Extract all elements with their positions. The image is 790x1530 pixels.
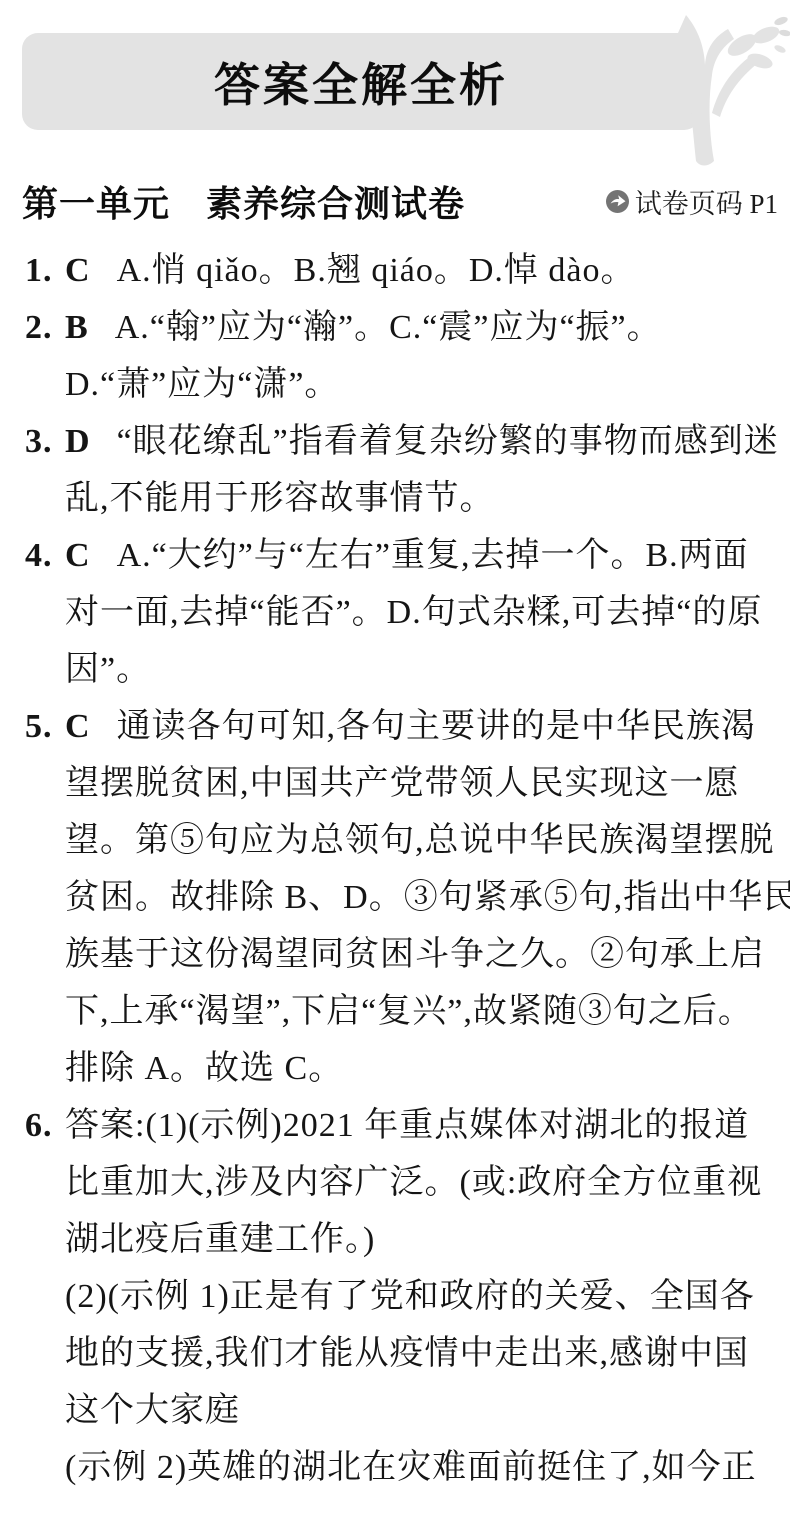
answer-line: 因”。 bbox=[25, 641, 773, 698]
page-title: 答案全解全析 bbox=[214, 49, 508, 115]
answer-item: 5.C通读各句可知,各句主要讲的是中华民族渴望摆脱贫困,中国共产党带领人民实现这… bbox=[25, 698, 773, 1097]
answer-line: 对一面,去掉“能否”。D.句式杂糅,可去掉“的原 bbox=[25, 584, 773, 641]
answer-line: 3.D“眼花缭乱”指看着复杂纷繁的事物而感到迷 bbox=[25, 413, 773, 470]
answer-text: 望。第⑤句应为总领句,总说中华民族渴望摆脱 bbox=[65, 822, 775, 859]
answer-line: 5.C通读各句可知,各句主要讲的是中华民族渴 bbox=[25, 698, 773, 755]
paper-title-label: 素养综合测试卷 bbox=[206, 183, 465, 224]
answer-line: 这个大家庭 bbox=[25, 1382, 773, 1439]
answer-text: 通读各句可知,各句主要讲的是中华民族渴 bbox=[117, 708, 757, 745]
answer-key-page: 答案全解全析 第一单元素养综合测试卷 试卷页码 P1 1.CA.悄 qiǎo。B… bbox=[0, 0, 790, 1530]
answer-line: 望。第⑤句应为总领句,总说中华民族渴望摆脱 bbox=[25, 812, 773, 869]
answer-text: 湖北疫后重建工作。) bbox=[65, 1221, 375, 1258]
answer-line: 比重加大,涉及内容广泛。(或:政府全方位重视 bbox=[25, 1154, 773, 1211]
item-number: 4. bbox=[25, 527, 65, 584]
answer-text: (2)(示例 1)正是有了党和政府的关爱、全国各 bbox=[65, 1278, 755, 1315]
answer-text: A.“翰”应为“瀚”。C.“震”应为“振”。 bbox=[115, 309, 662, 346]
answer-text: 族基于这份渴望同贫困斗争之久。②句承上启 bbox=[65, 936, 765, 973]
answer-letter: C bbox=[65, 708, 91, 745]
answer-text: 比重加大,涉及内容广泛。(或:政府全方位重视 bbox=[65, 1164, 762, 1201]
answer-line: 排除 A。故选 C。 bbox=[25, 1040, 773, 1097]
section-heading: 第一单元素养综合测试卷 bbox=[22, 176, 465, 227]
answer-item: 3.D“眼花缭乱”指看着复杂纷繁的事物而感到迷乱,不能用于形容故事情节。 bbox=[25, 413, 773, 527]
section-heading-row: 第一单元素养综合测试卷 试卷页码 P1 bbox=[22, 176, 778, 227]
answer-text: (示例 2)英雄的湖北在灾难面前挺住了,如今正 bbox=[65, 1449, 757, 1486]
answer-list: 1.CA.悄 qiǎo。B.翘 qiáo。D.悼 dào。2.BA.“翰”应为“… bbox=[25, 242, 773, 1496]
answer-text: 地的支援,我们才能从疫情中走出来,感谢中国 bbox=[65, 1335, 749, 1372]
answer-line: 贫困。故排除 B、D。③句紧承⑤句,指出中华民 bbox=[25, 869, 773, 926]
answer-line: 望摆脱贫困,中国共产党带领人民实现这一愿 bbox=[25, 755, 773, 812]
answer-text: 这个大家庭 bbox=[65, 1392, 240, 1429]
answer-line: 下,上承“渴望”,下启“复兴”,故紧随③句之后。 bbox=[25, 983, 773, 1040]
answer-item: 1.CA.悄 qiǎo。B.翘 qiáo。D.悼 dào。 bbox=[25, 242, 773, 299]
answer-line: 2.BA.“翰”应为“瀚”。C.“震”应为“振”。 bbox=[25, 299, 773, 356]
page-ref: 试卷页码 P1 bbox=[606, 182, 778, 221]
answer-line: 4.CA.“大约”与“左右”重复,去掉一个。B.两面 bbox=[25, 527, 773, 584]
branch-leaves-icon bbox=[678, 5, 790, 175]
item-number: 3. bbox=[25, 413, 65, 470]
answer-letter: C bbox=[65, 252, 91, 289]
answer-line: (2)(示例 1)正是有了党和政府的关爱、全国各 bbox=[25, 1268, 773, 1325]
answer-line: 族基于这份渴望同贫困斗争之久。②句承上启 bbox=[25, 926, 773, 983]
answer-line: (示例 2)英雄的湖北在灾难面前挺住了,如今正 bbox=[25, 1439, 773, 1496]
answer-letter: C bbox=[65, 537, 91, 574]
answer-line: 湖北疫后重建工作。) bbox=[25, 1211, 773, 1268]
answer-letter: D bbox=[65, 423, 91, 460]
answer-text: A.悄 qiǎo。B.翘 qiáo。D.悼 dào。 bbox=[117, 252, 636, 289]
answer-text: 贫困。故排除 B、D。③句紧承⑤句,指出中华民 bbox=[65, 879, 790, 916]
item-number: 1. bbox=[25, 242, 65, 299]
answer-line: 地的支援,我们才能从疫情中走出来,感谢中国 bbox=[25, 1325, 773, 1382]
answer-text: A.“大约”与“左右”重复,去掉一个。B.两面 bbox=[117, 537, 749, 574]
answer-text: 对一面,去掉“能否”。D.句式杂糅,可去掉“的原 bbox=[65, 594, 762, 631]
answer-text: 答案:(1)(示例)2021 年重点媒体对湖北的报道 bbox=[65, 1107, 749, 1144]
item-number: 2. bbox=[25, 299, 65, 356]
answer-text: 望摆脱贫困,中国共产党带领人民实现这一愿 bbox=[65, 765, 740, 802]
answer-line: 1.CA.悄 qiǎo。B.翘 qiáo。D.悼 dào。 bbox=[25, 242, 773, 299]
answer-item: 2.BA.“翰”应为“瀚”。C.“震”应为“振”。D.“萧”应为“潇”。 bbox=[25, 299, 773, 413]
item-number: 5. bbox=[25, 698, 65, 755]
answer-letter: B bbox=[65, 309, 89, 346]
answer-item: 4.CA.“大约”与“左右”重复,去掉一个。B.两面对一面,去掉“能否”。D.句… bbox=[25, 527, 773, 698]
answer-text: “眼花缭乱”指看着复杂纷繁的事物而感到迷 bbox=[117, 423, 779, 460]
arrow-right-circle-icon bbox=[606, 190, 629, 213]
answer-item: 6.答案:(1)(示例)2021 年重点媒体对湖北的报道比重加大,涉及内容广泛。… bbox=[25, 1097, 773, 1496]
answer-text: 乱,不能用于形容故事情节。 bbox=[65, 480, 495, 517]
page-ref-label: 试卷页码 P1 bbox=[635, 182, 778, 221]
answer-text: 排除 A。故选 C。 bbox=[65, 1050, 343, 1087]
item-number: 6. bbox=[25, 1097, 65, 1154]
answer-text: 下,上承“渴望”,下启“复兴”,故紧随③句之后。 bbox=[65, 993, 753, 1030]
answer-text: 因”。 bbox=[65, 651, 151, 688]
header-band: 答案全解全析 bbox=[22, 33, 700, 130]
answer-line: 6.答案:(1)(示例)2021 年重点媒体对湖北的报道 bbox=[25, 1097, 773, 1154]
answer-text: D.“萧”应为“潇”。 bbox=[65, 366, 339, 403]
unit-label: 第一单元 bbox=[22, 183, 170, 224]
answer-line: D.“萧”应为“潇”。 bbox=[25, 356, 773, 413]
answer-line: 乱,不能用于形容故事情节。 bbox=[25, 470, 773, 527]
